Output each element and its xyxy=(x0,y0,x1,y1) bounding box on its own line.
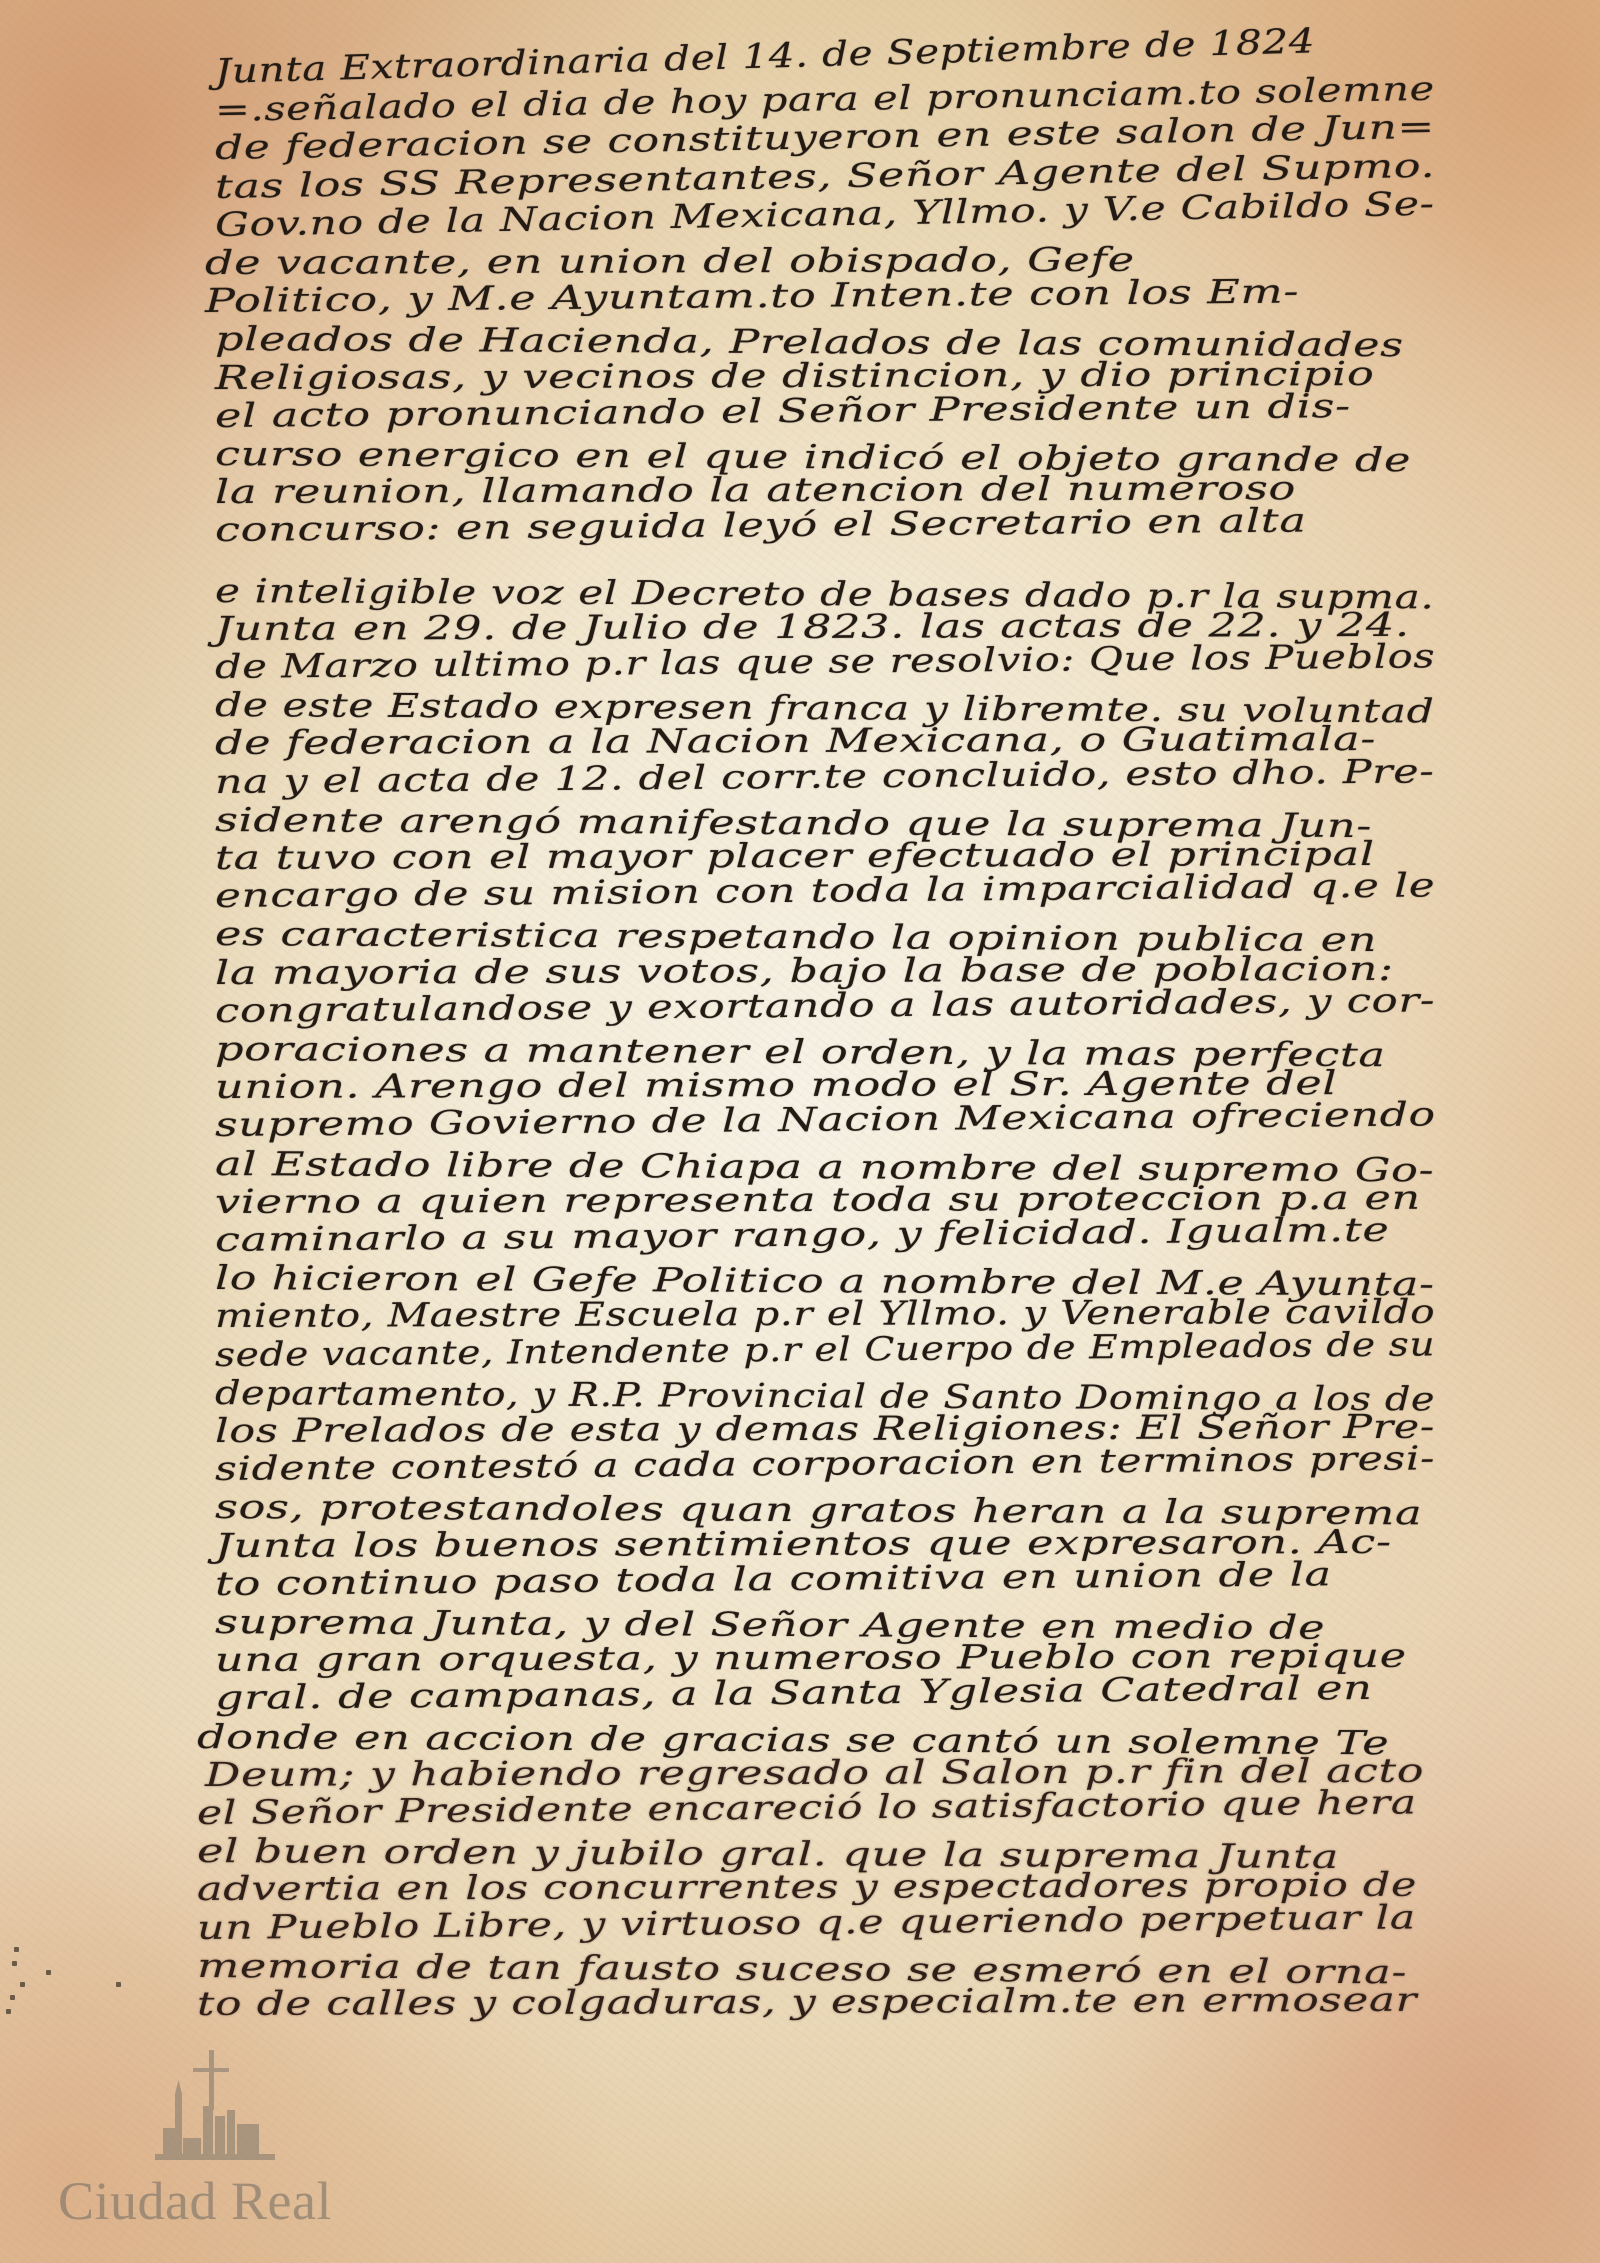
paper-specks xyxy=(0,1945,130,2045)
watermark-text: Ciudad Real xyxy=(58,2170,332,2232)
ciudad-real-watermark: Ciudad Real xyxy=(58,2050,398,2250)
cathedral-icon xyxy=(153,2050,283,2180)
manuscript-line: to de calles y colgaduras, y especialm.t… xyxy=(197,1980,1417,2023)
